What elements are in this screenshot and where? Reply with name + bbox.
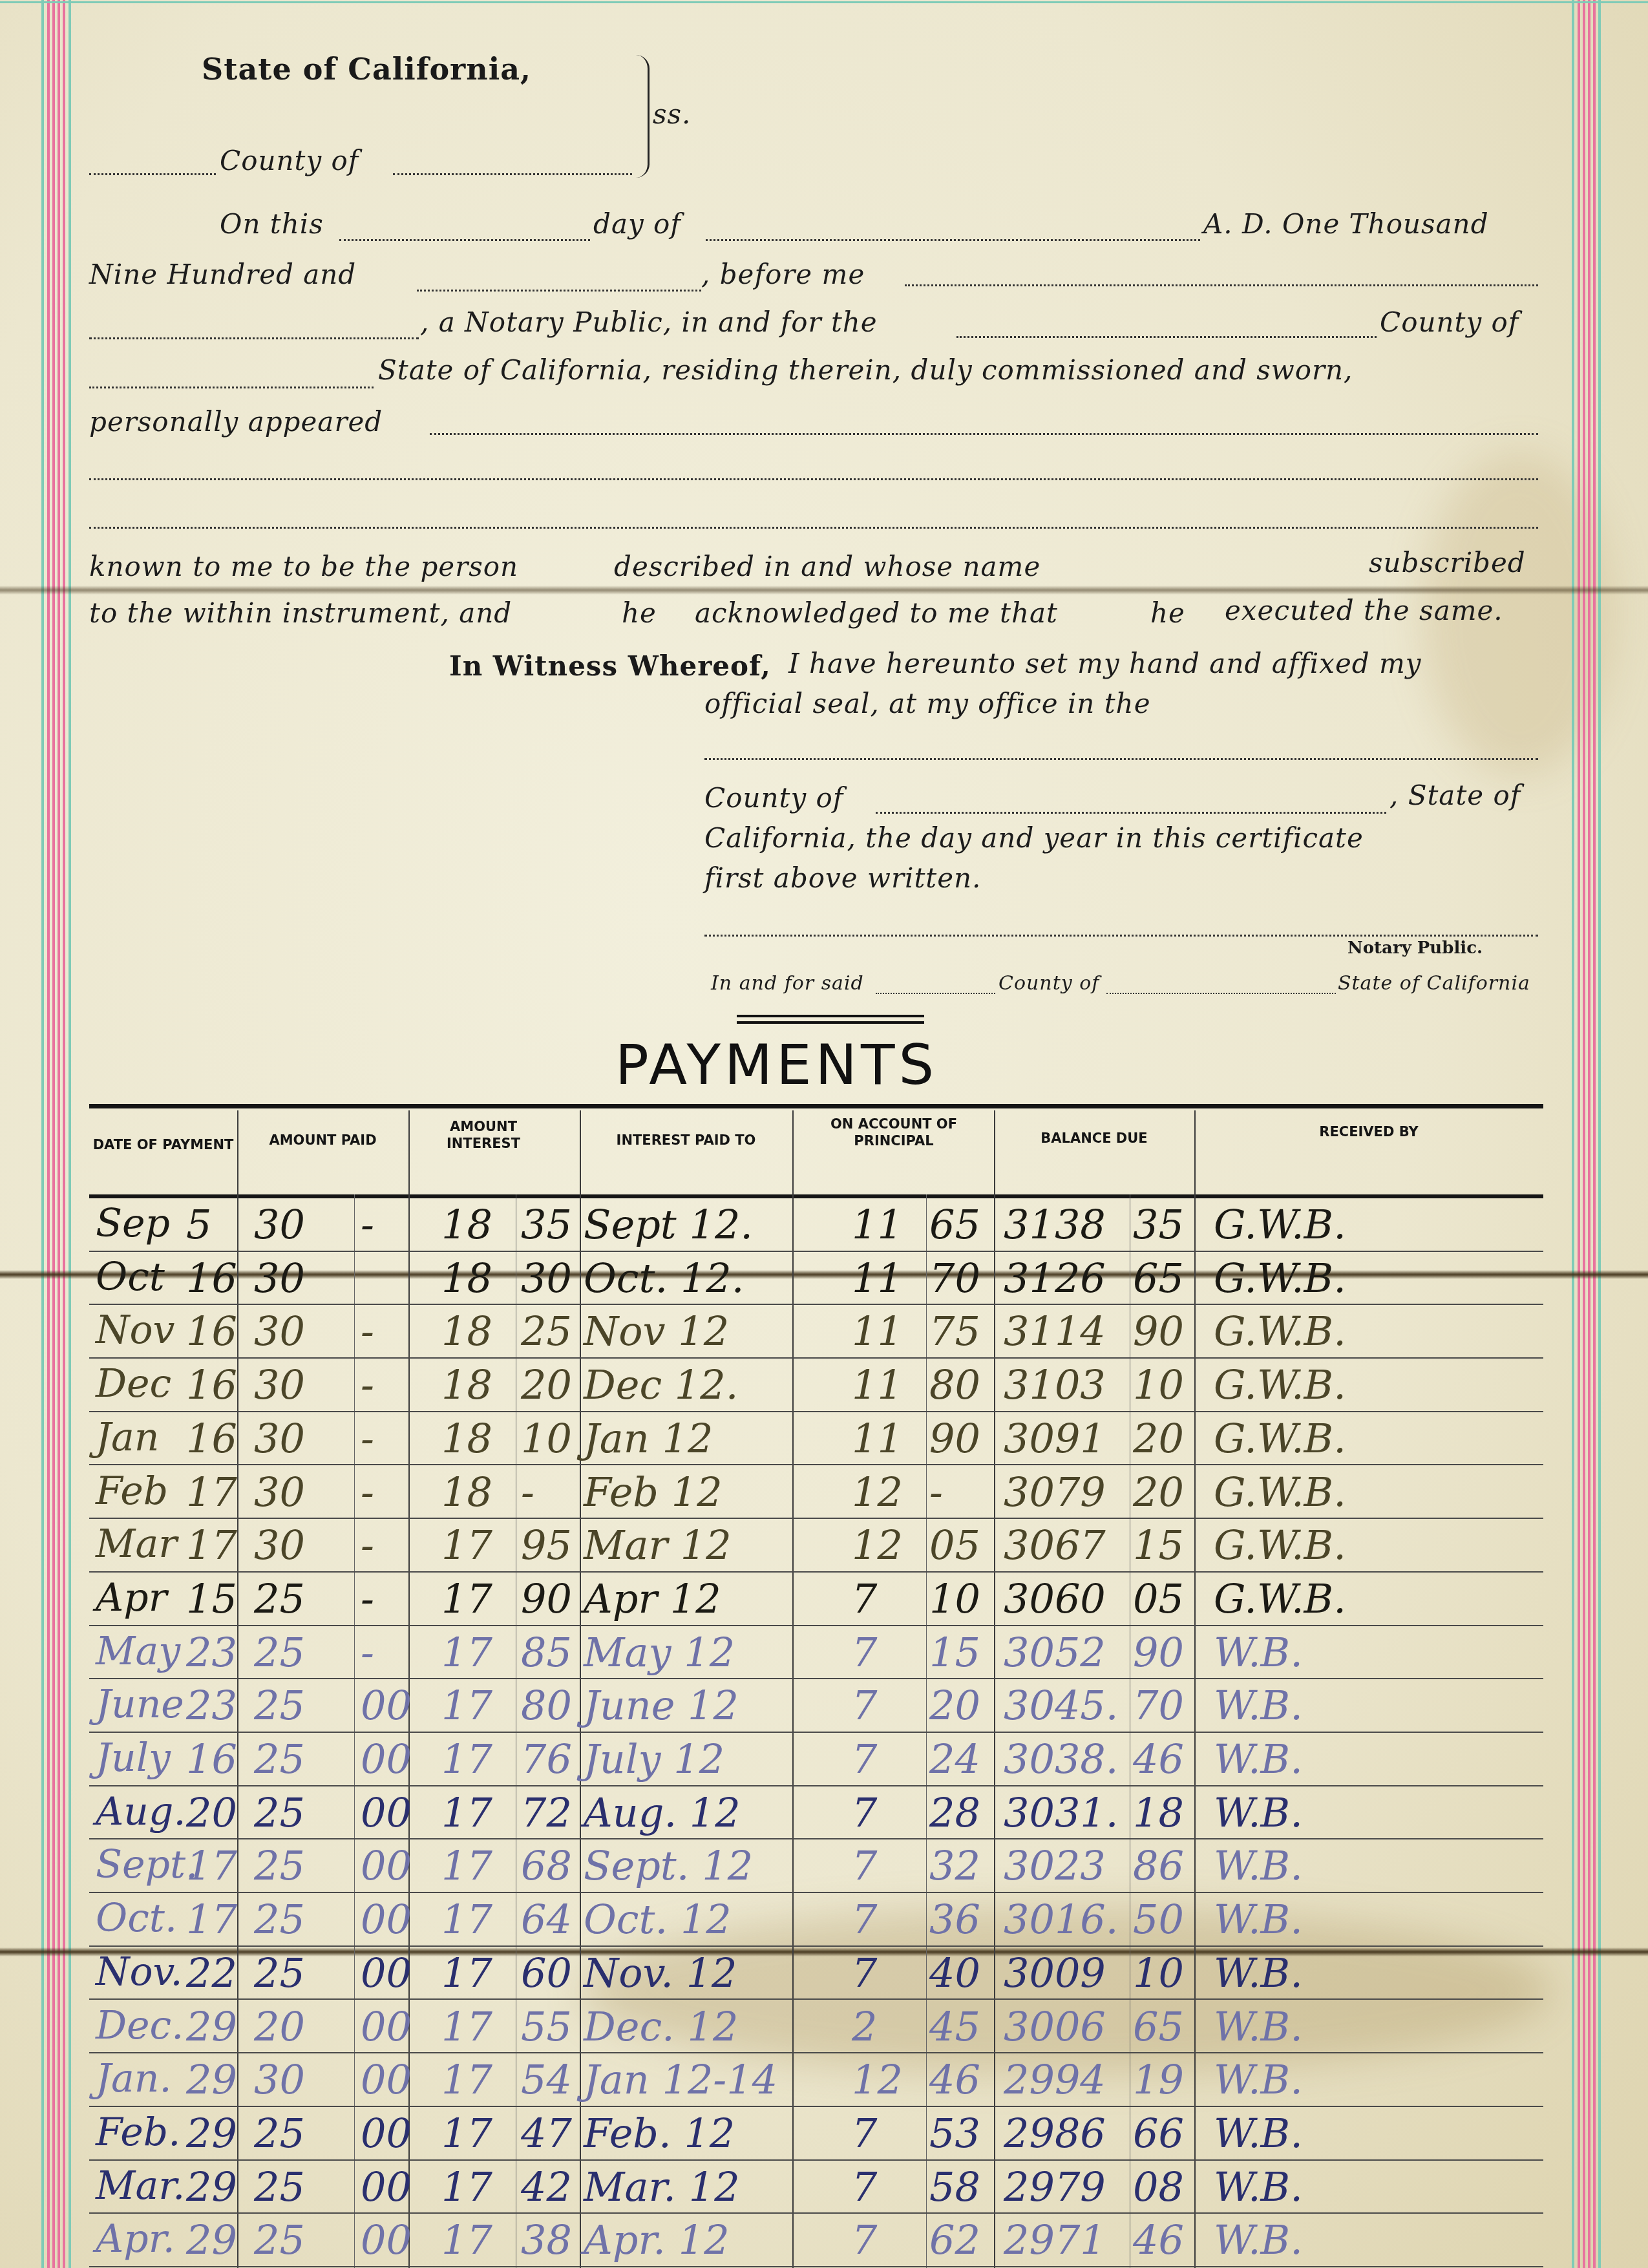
principal-cents: 45 (929, 2003, 980, 2050)
balance-cents: 90 (1133, 1629, 1184, 1676)
date-day: 17 (186, 1521, 237, 1569)
table-row: Nov.2225001760Nov. 12740300910W.B. (89, 1947, 1543, 2000)
date-day: 29 (186, 2003, 237, 2050)
amount-paid-dollars: 30 (254, 1201, 305, 1248)
title-rule (737, 1021, 924, 1024)
principal-dollars: 11 (852, 1308, 903, 1355)
amount-paid-dollars: 25 (254, 1896, 305, 1943)
date-day: 17 (186, 1468, 237, 1516)
balance-dollars: 3103 (1004, 1361, 1106, 1408)
interest-paid-to: Sept 12. (584, 1201, 753, 1248)
interest-paid-to: Jan 12-14 (584, 2056, 777, 2103)
amount-paid-dollars: 25 (254, 1735, 305, 1783)
amount-paid-dollars: 30 (254, 1415, 305, 1462)
interest-paid-to: July 12 (584, 1735, 724, 1783)
balance-dollars: 3067 (1004, 1521, 1106, 1569)
principal-cents: 32 (929, 1842, 980, 1889)
principal-cents: 46 (929, 2056, 980, 2103)
amount-paid-dollars: 25 (254, 1949, 305, 1997)
interest-cents: 55 (521, 2003, 572, 2050)
interest-paid-to: Mar 12 (584, 1521, 732, 1569)
principal-cents: 20 (929, 1682, 980, 1729)
day-field[interactable] (339, 239, 590, 241)
principal-cents: 24 (929, 1735, 980, 1783)
principal-cents: 58 (929, 2163, 980, 2210)
amount-paid-dollars: 25 (254, 2163, 305, 2210)
amount-paid-cents: 00 (361, 1789, 412, 1836)
person-field-2[interactable] (89, 478, 1538, 480)
witness-text-4: first above written. (704, 862, 981, 894)
principal-dollars: 11 (852, 1201, 903, 1248)
notary-public-label: , a Notary Public, in and for the (420, 306, 878, 338)
principal-dollars: 7 (852, 1896, 877, 1943)
date-month: Oct (96, 1255, 165, 1300)
interest-dollars: 18 (441, 1255, 492, 1302)
interest-paid-to: Feb. 12 (584, 2110, 735, 2157)
interest-paid-to: Aug. 12 (584, 1789, 741, 1836)
principal-dollars: 12 (852, 2056, 903, 2103)
received-by: G.W.B. (1214, 1468, 1346, 1516)
interest-dollars: 17 (441, 1735, 492, 1783)
interest-dollars: 17 (441, 2110, 492, 2157)
witness-county-field[interactable] (876, 812, 1386, 814)
balance-cents: 46 (1133, 2216, 1184, 2263)
date-month: Jan. (96, 2056, 172, 2101)
interest-cents: 35 (521, 1201, 572, 1248)
principal-cents: 65 (929, 1201, 980, 1248)
blank-line (89, 173, 216, 175)
interest-cents: 68 (521, 1842, 572, 1889)
interest-cents: 38 (521, 2216, 572, 2263)
principal-dollars: 7 (852, 1682, 877, 1729)
principal-cents: - (929, 1468, 943, 1516)
within-label: to the within instrument, and (89, 597, 512, 629)
balance-cents: 90 (1133, 1308, 1184, 1355)
amount-paid-cents: - (361, 1361, 374, 1408)
received-by: G.W.B. (1214, 1361, 1346, 1408)
amount-paid-dollars: 30 (254, 2056, 305, 2103)
interest-cents: 60 (521, 1949, 572, 1997)
interest-dollars: 17 (441, 2216, 492, 2263)
known-label: known to me to be the person (89, 551, 518, 582)
person-field-3[interactable] (89, 527, 1538, 529)
principal-cents: 80 (929, 1361, 980, 1408)
amount-paid-cents: - (361, 1575, 374, 1622)
received-by: W.B. (1214, 1735, 1303, 1783)
in-and-for-state-field[interactable] (1106, 993, 1336, 994)
table-row: Jan1630-1810Jan 121190309120G.W.B. (89, 1412, 1543, 1466)
witness-text-1: I have hereunto set my hand and affixed … (788, 648, 1422, 679)
balance-cents: 15 (1133, 1521, 1184, 1569)
amount-paid-dollars: 30 (254, 1468, 305, 1516)
date-month: Oct. (96, 1896, 177, 1941)
balance-dollars: 3016. (1004, 1896, 1119, 1943)
date-day: 16 (186, 1415, 237, 1462)
received-by: W.B. (1214, 1842, 1303, 1889)
table-row: Sep530-1835Sept 12.1165313835G.W.B. (89, 1198, 1543, 1252)
table-row: Apr1525-1790Apr 12710306005G.W.B. (89, 1573, 1543, 1626)
balance-dollars: 3009 (1004, 1949, 1106, 1997)
balance-dollars: 2994 (1004, 2056, 1106, 2103)
balance-dollars: 3038. (1004, 1735, 1119, 1783)
balance-dollars: 2986 (1004, 2110, 1106, 2157)
balance-cents: 19 (1133, 2056, 1184, 2103)
interest-paid-to: Dec. 12 (584, 2003, 738, 2050)
amount-paid-dollars: 30 (254, 1255, 305, 1302)
county-field[interactable] (393, 173, 632, 175)
amount-paid-cents: - (361, 1415, 374, 1462)
amount-paid-cents: 00 (361, 1896, 412, 1943)
balance-cents: 18 (1133, 1789, 1184, 1836)
witness-text-3: California, the day and year in this cer… (704, 822, 1364, 854)
received-by: W.B. (1214, 2163, 1303, 2210)
date-day: 17 (186, 1896, 237, 1943)
table-row: Nov1630-1825Nov 121175311490G.W.B. (89, 1305, 1543, 1359)
date-day: 16 (186, 1255, 237, 1302)
date-month: Mar (96, 1521, 177, 1567)
interest-dollars: 17 (441, 1842, 492, 1889)
subscribed-label: subscribed (1369, 547, 1526, 578)
interest-dollars: 18 (441, 1201, 492, 1248)
balance-dollars: 3031. (1004, 1789, 1119, 1836)
amount-paid-cents: 00 (361, 2056, 412, 2103)
witness-county-label: County of (704, 782, 843, 814)
amount-paid-cents: - (361, 1468, 374, 1516)
date-day: 5 (186, 1201, 211, 1248)
date-month: June (96, 1682, 184, 1727)
amount-paid-cents: 00 (361, 1949, 412, 1997)
county-of-label: County of (220, 145, 359, 176)
notary-field[interactable] (89, 337, 419, 339)
received-by: G.W.B. (1214, 1575, 1346, 1622)
interest-dollars: 18 (441, 1308, 492, 1355)
interest-dollars: 17 (441, 1949, 492, 1997)
date-day: 15 (186, 1575, 237, 1622)
received-by: G.W.B. (1214, 1415, 1346, 1462)
balance-dollars: 3079 (1004, 1468, 1106, 1516)
table-row: Oct.1725001764Oct. 127363016.50W.B. (89, 1893, 1543, 1947)
interest-cents: 76 (521, 1735, 572, 1783)
received-by: W.B. (1214, 2110, 1303, 2157)
date-month: Nov (96, 1308, 175, 1353)
before-me-label: , before me (701, 259, 865, 290)
principal-cents: 62 (929, 2216, 980, 2263)
principal-cents: 15 (929, 1629, 980, 1676)
balance-cents: 86 (1133, 1842, 1184, 1889)
received-by: W.B. (1214, 1789, 1303, 1836)
state-of-california-label: State of California (1338, 972, 1530, 995)
county-of-label-3: County of (998, 972, 1099, 995)
row-rule (89, 2266, 1543, 2267)
described-label: described in and whose name (614, 551, 1041, 582)
balance-cents: 70 (1133, 1682, 1184, 1729)
payments-title: PAYMENTS (615, 1033, 938, 1097)
in-and-for-county-field[interactable] (876, 993, 995, 994)
interest-cents: 54 (521, 2056, 572, 2103)
he-label: he (622, 597, 657, 629)
amount-paid-dollars: 25 (254, 1842, 305, 1889)
interest-paid-to: Sept. 12 (584, 1842, 753, 1889)
principal-dollars: 7 (852, 1575, 877, 1622)
table-row: June2325001780June 127203045.70W.B. (89, 1679, 1543, 1733)
he-label-2: he (1150, 597, 1185, 629)
date-month: Feb. (96, 2110, 180, 2155)
date-day: 29 (186, 2216, 237, 2263)
amount-paid-dollars: 30 (254, 1308, 305, 1355)
county-of-label-2: County of (1380, 306, 1519, 338)
received-by: W.B. (1214, 1682, 1303, 1729)
principal-dollars: 12 (852, 1521, 903, 1569)
interest-dollars: 17 (441, 1682, 492, 1729)
notary-signature-field[interactable] (704, 935, 1538, 937)
amount-paid-dollars: 25 (254, 1789, 305, 1836)
office-field[interactable] (704, 758, 1538, 760)
principal-dollars: 7 (852, 1789, 877, 1836)
table-row: Apr.2925001738Apr. 12762297146W.B. (89, 2214, 1543, 2267)
header-amount-paid: AMOUNT PAID (237, 1132, 408, 1149)
balance-cents: 10 (1133, 1361, 1184, 1408)
interest-cents: 25 (521, 1308, 572, 1355)
received-by: W.B. (1214, 2216, 1303, 2263)
date-day: 20 (186, 1789, 237, 1836)
principal-cents: 10 (929, 1575, 980, 1622)
table-row: Aug.2025001772Aug. 127283031.18W.B. (89, 1786, 1543, 1840)
interest-paid-to: Mar. 12 (584, 2163, 740, 2210)
payments-table: DATE OF PAYMENT AMOUNT PAID AMOUNT INTER… (89, 1104, 1543, 2268)
table-row: Sept.1725001768Sept. 12732302386W.B. (89, 1839, 1543, 1893)
date-month: Feb (96, 1468, 168, 1514)
principal-dollars: 7 (852, 2163, 877, 2210)
interest-cents: 95 (521, 1521, 572, 1569)
interest-paid-to: Jan 12 (584, 1415, 713, 1462)
balance-dollars: 2971 (1004, 2216, 1106, 2263)
amount-paid-dollars: 25 (254, 1575, 305, 1622)
date-month: May (96, 1629, 180, 1674)
date-day: 17 (186, 1842, 237, 1889)
balance-dollars: 3060 (1004, 1575, 1106, 1622)
balance-dollars: 3052 (1004, 1629, 1106, 1676)
header-amount-interest: AMOUNT INTEREST (412, 1118, 555, 1152)
principal-cents: 40 (929, 1949, 980, 1997)
balance-dollars: 3138 (1004, 1201, 1106, 1248)
interest-cents: 80 (521, 1682, 572, 1729)
balance-dollars: 3023 (1004, 1842, 1106, 1889)
principal-cents: 36 (929, 1896, 980, 1943)
received-by: W.B. (1214, 1629, 1303, 1676)
date-month: Apr. (96, 2216, 175, 2262)
header-date-of-payment: DATE OF PAYMENT (89, 1136, 237, 1153)
date-day: 29 (186, 2163, 237, 2210)
principal-dollars: 11 (852, 1415, 903, 1462)
received-by: G.W.B. (1214, 1255, 1346, 1302)
amount-paid-dollars: 30 (254, 1361, 305, 1408)
principal-cents: 28 (929, 1789, 980, 1836)
amount-paid-cents: 00 (361, 2003, 412, 2050)
principal-dollars: 7 (852, 2216, 877, 2263)
interest-paid-to: Oct. 12 (584, 1896, 732, 1943)
amount-paid-cents: 00 (361, 2216, 412, 2263)
on-this-label: On this (220, 208, 324, 240)
balance-cents: 05 (1133, 1575, 1184, 1622)
date-day: 29 (186, 2056, 237, 2103)
interest-paid-to: Oct. 12. (584, 1255, 744, 1302)
interest-dollars: 18 (441, 1415, 492, 1462)
amount-paid-cents: 00 (361, 2163, 412, 2210)
date-day: 22 (186, 1949, 237, 1997)
interest-cents: 85 (521, 1629, 572, 1676)
interest-dollars: 17 (441, 2163, 492, 2210)
amount-paid-dollars: 25 (254, 2110, 305, 2157)
interest-paid-to: Apr. 12 (584, 2216, 730, 2263)
date-day: 16 (186, 1361, 237, 1408)
amount-paid-cents: - (361, 1521, 374, 1569)
principal-cents: 53 (929, 2110, 980, 2157)
date-day: 23 (186, 1629, 237, 1676)
bracket (636, 55, 650, 178)
principal-dollars: 7 (852, 1842, 877, 1889)
interest-paid-to: Apr 12 (584, 1575, 721, 1622)
in-and-for-label: In and for said (711, 972, 864, 995)
interest-cents: 10 (521, 1415, 572, 1462)
header-received-by: RECEIVED BY (1194, 1123, 1543, 1140)
amount-paid-dollars: 25 (254, 2216, 305, 2263)
received-by: W.B. (1214, 1949, 1303, 1997)
balance-dollars: 3126 (1004, 1255, 1106, 1302)
table-row: Dec.2920001755Dec. 12245300665W.B. (89, 2000, 1543, 2054)
balance-dollars: 3045. (1004, 1682, 1119, 1729)
witness-text-2: official seal, at my office in the (704, 688, 1151, 719)
title-rule (737, 1015, 924, 1017)
amount-paid-cents: - (361, 1201, 374, 1248)
date-month: Mar. (96, 2163, 185, 2209)
amount-paid-cents: 00 (361, 1842, 412, 1889)
balance-cents: 20 (1133, 1468, 1184, 1516)
amount-paid-cents: - (361, 1308, 374, 1355)
table-row: Mar.2925001742Mar. 12758297908W.B. (89, 2161, 1543, 2214)
principal-cents: 75 (929, 1308, 980, 1355)
interest-cents: 64 (521, 1896, 572, 1943)
table-row: May2325-1785May 12715305290W.B. (89, 1626, 1543, 1680)
balance-cents: 50 (1133, 1896, 1184, 1943)
amount-paid-dollars: 20 (254, 2003, 305, 2050)
date-month: Dec. (96, 2003, 184, 2048)
principal-dollars: 7 (852, 1629, 877, 1676)
balance-cents: 65 (1133, 1255, 1184, 1302)
amount-paid-cents: 00 (361, 2110, 412, 2157)
table-row: Feb.2925001747Feb. 12753298666W.B. (89, 2107, 1543, 2161)
date-month: Aug. (96, 1789, 185, 1834)
amount-paid-dollars: 25 (254, 1682, 305, 1729)
amount-paid-cents: 00 (361, 1735, 412, 1783)
table-row: Oct16301830Oct. 12.1170312665G.W.B. (89, 1252, 1543, 1306)
interest-paid-to: May 12 (584, 1629, 735, 1676)
principal-dollars: 12 (852, 1468, 903, 1516)
principal-dollars: 11 (852, 1361, 903, 1408)
header-on-account-of-principal: ON ACCOUNT OF PRINCIPAL (800, 1116, 988, 1149)
amount-paid-cents: - (361, 1629, 374, 1676)
principal-dollars: 11 (852, 1255, 903, 1302)
interest-cents: 47 (521, 2110, 572, 2157)
principal-dollars: 7 (852, 2110, 877, 2157)
table-row: Dec1630-1820Dec 12.1180310310G.W.B. (89, 1359, 1543, 1412)
principal-cents: 90 (929, 1415, 980, 1462)
interest-cents: 72 (521, 1789, 572, 1836)
balance-cents: 46 (1133, 1735, 1184, 1783)
date-day: 29 (186, 2110, 237, 2157)
county-name-field[interactable] (89, 387, 374, 388)
interest-dollars: 18 (441, 1361, 492, 1408)
state-of-label: , State of (1389, 779, 1521, 811)
ad-label: A. D. One Thousand (1203, 208, 1489, 240)
interest-dollars: 17 (441, 1629, 492, 1676)
fold-crease (0, 586, 1648, 595)
received-by: W.B. (1214, 2003, 1303, 2050)
table-row: Jan.2930001754Jan 12-141246299419W.B. (89, 2053, 1543, 2107)
top-ruling (0, 1, 1648, 3)
received-by: G.W.B. (1214, 1308, 1346, 1355)
date-day: 23 (186, 1682, 237, 1729)
balance-cents: 10 (1133, 1949, 1184, 1997)
balance-cents: 35 (1133, 1201, 1184, 1248)
balance-dollars: 2979 (1004, 2163, 1106, 2210)
executed-label: executed the same. (1225, 595, 1503, 626)
state-heading: State of California, (202, 52, 531, 87)
principal-cents: 70 (929, 1255, 980, 1302)
received-by: G.W.B. (1214, 1201, 1346, 1248)
date-day: 16 (186, 1735, 237, 1783)
notary-name-field[interactable] (905, 284, 1538, 286)
residing-label: State of California, residing therein, d… (378, 354, 1353, 386)
day-of-label: day of (593, 208, 681, 240)
amount-paid-dollars: 30 (254, 1521, 305, 1569)
date-month: Jan (96, 1415, 159, 1460)
table-row: Mar1730-1795Mar 121205306715G.W.B. (89, 1519, 1543, 1573)
interest-dollars: 17 (441, 1521, 492, 1569)
balance-cents: 08 (1133, 2163, 1184, 2210)
interest-dollars: 17 (441, 2003, 492, 2050)
year-field[interactable] (417, 290, 701, 291)
interest-paid-to: Nov 12 (584, 1308, 729, 1355)
interest-cents: 30 (521, 1255, 572, 1302)
notary-county-field[interactable] (956, 336, 1377, 338)
date-month: Sep (96, 1201, 170, 1246)
header-top-rule (89, 1104, 1543, 1108)
date-month: Sept. (96, 1842, 198, 1887)
date-day: 16 (186, 1308, 237, 1355)
amount-paid-dollars: 25 (254, 1629, 305, 1676)
interest-dollars: 17 (441, 2056, 492, 2103)
interest-dollars: 18 (441, 1468, 492, 1516)
balance-cents: 66 (1133, 2110, 1184, 2157)
received-by: W.B. (1214, 1896, 1303, 1943)
interest-cents: - (521, 1468, 534, 1516)
principal-cents: 05 (929, 1521, 980, 1569)
header-interest-paid-to: INTEREST PAID TO (580, 1132, 792, 1149)
interest-dollars: 17 (441, 1575, 492, 1622)
date-month: Nov. (96, 1949, 182, 1995)
person-field-1[interactable] (430, 433, 1538, 435)
principal-dollars: 7 (852, 1735, 877, 1783)
interest-paid-to: June 12 (584, 1682, 739, 1729)
date-month: July (96, 1735, 171, 1781)
received-by: W.B. (1214, 2056, 1303, 2103)
amount-paid-cents: 00 (361, 1682, 412, 1729)
balance-cents: 20 (1133, 1415, 1184, 1462)
interest-cents: 20 (521, 1361, 572, 1408)
month-field[interactable] (706, 239, 1200, 241)
principal-dollars: 2 (852, 2003, 877, 2050)
received-by: G.W.B. (1214, 1521, 1346, 1569)
